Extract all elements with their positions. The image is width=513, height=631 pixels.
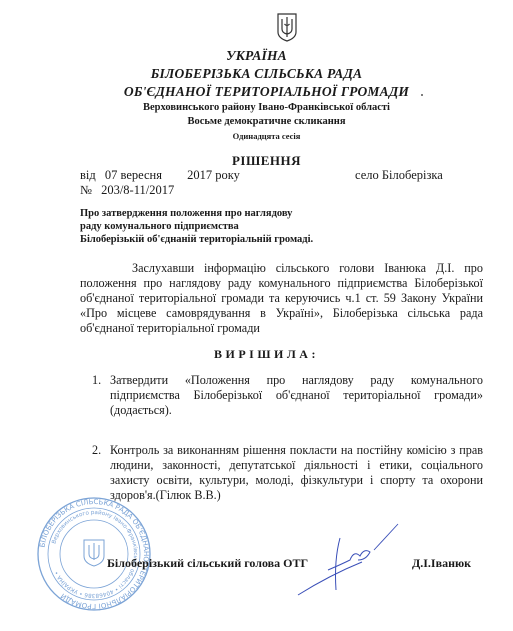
- number-value: 203/8-11/2017: [101, 183, 174, 197]
- header-council: БІЛОБЕРІЗЬКА СІЛЬСЬКА РАДА: [0, 66, 513, 82]
- decision-date: від 07 вересня 2017 року: [80, 168, 240, 183]
- resolved-heading: ВИРІШИЛА:: [10, 347, 513, 362]
- decision-place: село Білоберізка: [355, 168, 443, 183]
- decision-number: № 203/8-11/2017: [80, 183, 174, 198]
- header-district: Верховинського району Івано-Франківської…: [10, 102, 513, 113]
- subject-line-3: Білоберізькій об'єднаній територіальній …: [80, 233, 313, 246]
- item-number: 1.: [92, 373, 101, 388]
- subject-line-2: раду комунального підприємства: [80, 220, 313, 233]
- preamble-paragraph: Заслухавши інформацію сільського голови …: [80, 261, 483, 336]
- signatory-name: Д.І.Іванюк: [412, 556, 471, 571]
- date-day-month: 07 вересня: [105, 168, 162, 182]
- svg-text:Верховинського району Івано-Фр: Верховинського району Івано-Франківської…: [51, 509, 138, 598]
- header-country: УКРАЇНА: [0, 48, 513, 64]
- official-stamp: БІЛОБЕРІЗЬКА СІЛЬСЬКА РАДА ОБ'ЄДНАНОЇ ТЕ…: [36, 496, 152, 612]
- header-session: Одинадцята сесія: [10, 131, 513, 141]
- resolution-item-1: 1. Затвердити «Положення про наглядову р…: [92, 373, 483, 418]
- item-text: Затвердити «Положення про наглядову раду…: [110, 373, 483, 418]
- decision-title: РІШЕННЯ: [10, 153, 513, 169]
- item-number: 2.: [92, 443, 101, 458]
- subject-block: Про затвердження положення про наглядову…: [80, 207, 313, 246]
- date-prefix: від: [80, 168, 96, 182]
- date-year: 2017 року: [187, 168, 240, 182]
- item-text: Контроль за виконанням рішення покласти …: [110, 443, 483, 503]
- handwritten-signature: [290, 520, 400, 600]
- header-community: ОБ'ЄДНАНОЇ ТЕРИТОРІАЛЬНОЇ ГРОМАДИ: [10, 84, 513, 100]
- header-convocation: Восьме демократичне скликання: [10, 116, 513, 127]
- resolution-item-2: 2. Контроль за виконанням рішення поклас…: [92, 443, 483, 503]
- number-prefix: №: [80, 183, 92, 197]
- trident-emblem-icon: [276, 12, 298, 42]
- scan-speck: [421, 94, 423, 96]
- signatory-position: Білоберізький сільський голова ОТГ: [107, 556, 308, 571]
- subject-line-1: Про затвердження положення про наглядову: [80, 207, 313, 220]
